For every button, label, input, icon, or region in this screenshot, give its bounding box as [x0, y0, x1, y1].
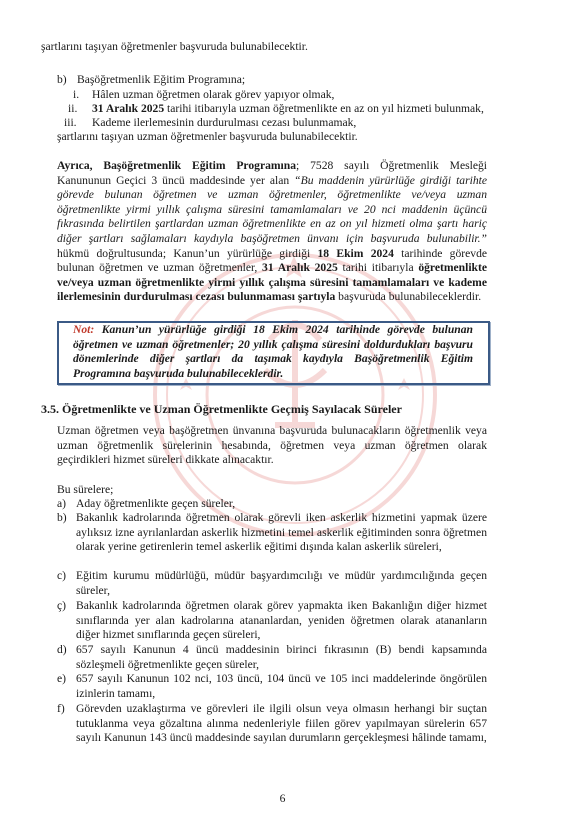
section-b-marker: b) — [57, 73, 67, 88]
list-intro: Bu sürelere; — [57, 483, 113, 498]
section-b-item-marker: iii. — [64, 116, 77, 131]
note-label: Not: — [73, 323, 94, 336]
page-number: 6 — [0, 792, 565, 807]
section-b-item: 31 Aralık 2025 tarihi itibarıyla uzman ö… — [92, 102, 484, 117]
section-heading: 3.5. Öğretmenlikte ve Uzman Öğretmenlikt… — [41, 402, 402, 417]
ayrica-paragraph: Ayrıca, Başöğretmenlik Eğitim Programına… — [57, 159, 487, 305]
section-b-item: Hâlen uzman öğretmen olarak görev yapıyo… — [92, 88, 334, 103]
document-page: şartlarını taşıyan öğretmenler başvuruda… — [0, 0, 565, 820]
section-paragraph: Uzman öğretmen veya başöğretmen ünvanına… — [57, 424, 487, 468]
section-b-item-marker: ii. — [68, 102, 77, 117]
intro-line: şartlarını taşıyan öğretmenler başvuruda… — [41, 40, 308, 55]
section-b-closing: şartlarını taşıyan uzman öğretmenler baş… — [57, 130, 358, 145]
note-text: Not: Kanun’un yürürlüğe girdiği 18 Ekim … — [73, 323, 473, 381]
section-b-item-marker: i. — [73, 88, 79, 103]
section-b-item: Kademe ilerlemesinin durdurulması cezası… — [92, 116, 356, 131]
section-b-title: Başöğretmenlik Eğitim Programına; — [77, 73, 245, 88]
